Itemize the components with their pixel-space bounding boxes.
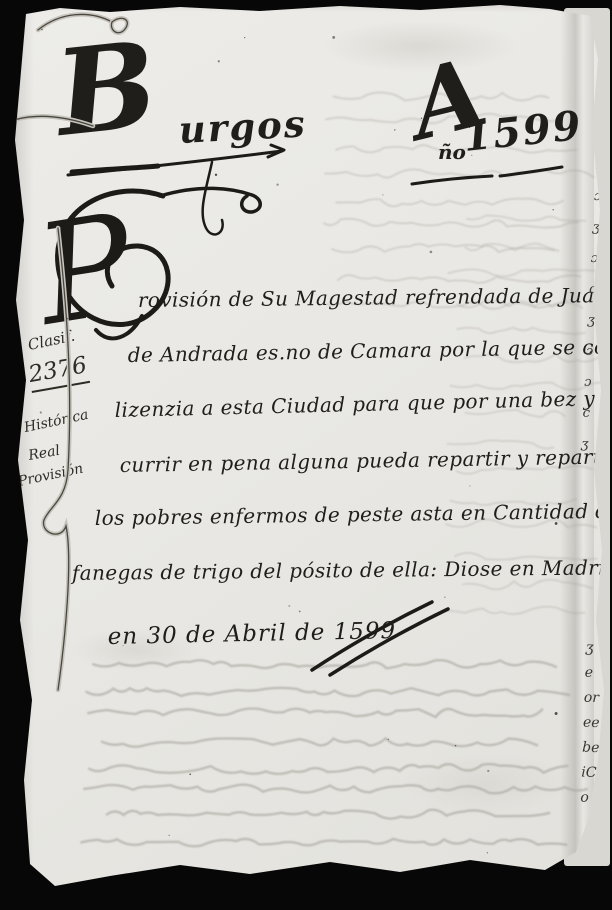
end-flourish-slashes [312,602,448,675]
year-underline [412,167,562,184]
body-initial-flourish: P [23,183,260,357]
paper-specks [40,29,558,868]
binding-thread-stitch [14,116,93,126]
binding-thread-knot [38,14,127,32]
body-initial-letter: P [23,183,145,357]
manuscript-page: B urgos A ño 1599 rovisión de Su Magesta… [0,0,612,910]
screenshot-root: { "manuscript": { "heading": { "initial"… [0,0,612,910]
ink-flourishes: P [0,0,612,910]
